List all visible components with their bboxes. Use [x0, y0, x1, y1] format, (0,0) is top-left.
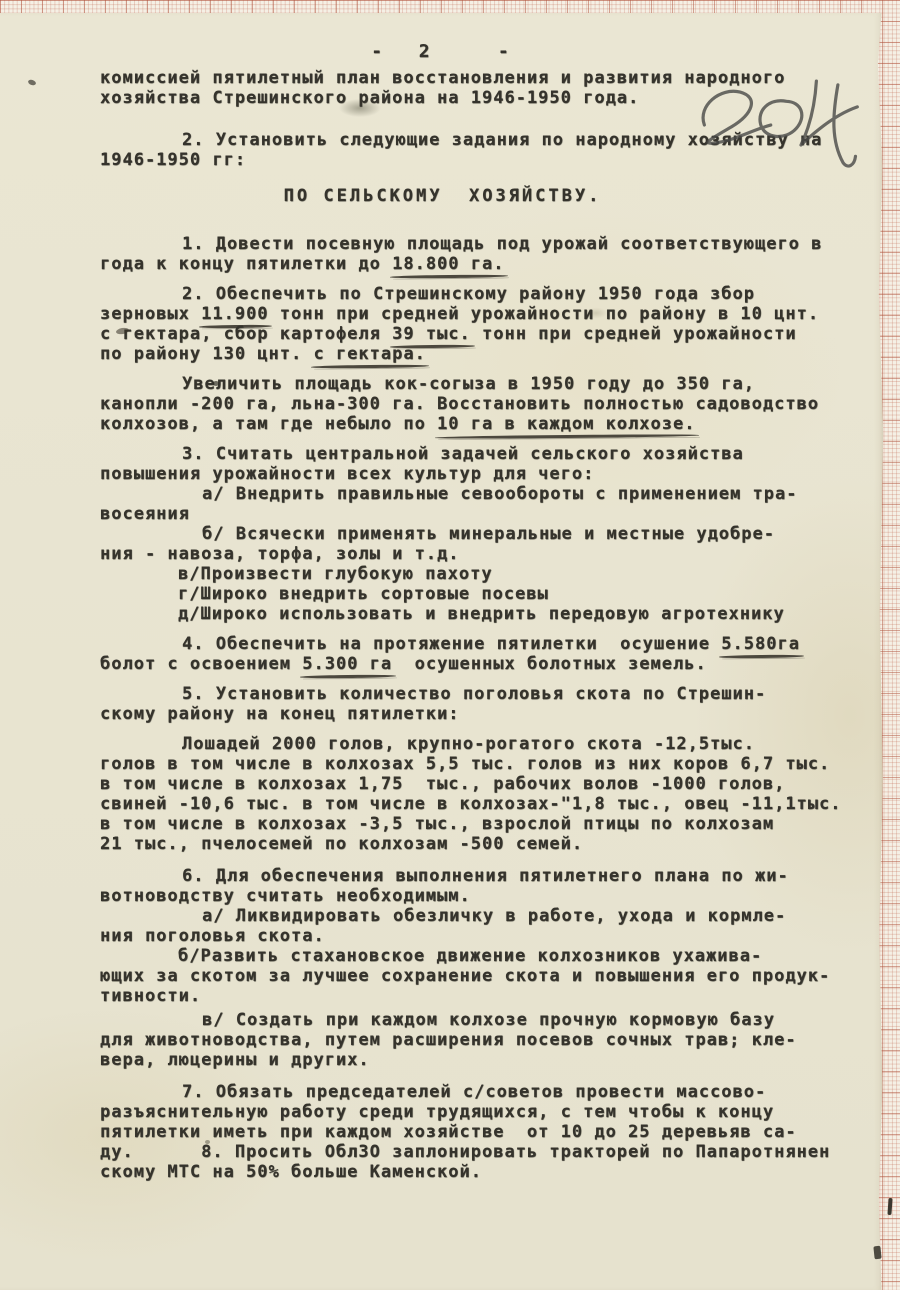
- text-segment: тонн при средней урожайности: [471, 324, 797, 344]
- text-line: в том числе в колхозах -3,5 тыс., взросл…: [0, 814, 885, 834]
- text-segment: повышения урожайности всех культур для ч…: [100, 464, 594, 484]
- text-line: б/ Всячески применять минеральные и мест…: [0, 524, 885, 544]
- text-line: Увеличить площадь кок-согыза в 1950 году…: [0, 374, 885, 394]
- text-segment: Лошадей 2000 голов, крупно-рогатого скот…: [182, 734, 755, 754]
- text-line: скому району на конец пятилетки:: [0, 704, 885, 724]
- text-segment: б/ Всячески применять минеральные и мест…: [202, 524, 775, 544]
- text-segment: канопли -200 га, льна-300 га. Восстанови…: [100, 394, 819, 414]
- text-line: тивности.: [0, 986, 885, 1006]
- text-segment: 4. Обеспечить на протяжение пятилетки ос…: [182, 634, 721, 654]
- text-segment: вера, люцерины и других.: [100, 1050, 370, 1070]
- text-segment: в/Произвести глубокую пахоту: [178, 564, 493, 584]
- text-segment: скому МТС на 50% больше Каменской.: [100, 1162, 482, 1182]
- paper-speck: [205, 1140, 210, 1144]
- document-text: - 2 -комиссией пятилетный план восстанов…: [0, 13, 885, 1182]
- text-segment: зерновых: [100, 304, 201, 324]
- text-segment: 1946-1950 гг:: [100, 150, 246, 170]
- text-line: 1. Довести посевную площадь под урожай с…: [0, 234, 885, 254]
- margin-ink-tick: [887, 1198, 892, 1215]
- text-line: вера, люцерины и других.: [0, 1050, 885, 1070]
- paper-speck: [213, 381, 219, 386]
- text-segment: голов в том числе в колхозах 5,5 тыс. го…: [100, 754, 830, 774]
- text-segment: по району 130 цнт.: [100, 344, 313, 364]
- text-segment: г/Широко внедрить сортовые посевы: [178, 584, 549, 604]
- text-line: для животноводства, путем расширения пос…: [0, 1030, 885, 1050]
- text-line: с гектара, сбор картофеля 39 тыс. тонн п…: [0, 324, 885, 344]
- text-line: Лошадей 2000 голов, крупно-рогатого скот…: [0, 734, 885, 754]
- text-segment: свиней -10,6 тыс. в том числе в колхозах…: [100, 794, 842, 814]
- text-segment: ду. 8. Просить ОблЗО заплонировать тракт…: [100, 1142, 830, 1162]
- handwritten-page-number: [684, 42, 896, 192]
- text-line: а/ Ликвидировать обезличку в работе, ухо…: [0, 906, 885, 926]
- text-segment: года к концу пятилетки до: [100, 254, 392, 274]
- text-segment: ПО СЕЛЬСКОМУ ХОЗЯЙСТВУ.: [284, 186, 602, 206]
- text-segment: скому району на конец пятилетки:: [100, 704, 460, 724]
- text-line: голов в том числе в колхозах 5,5 тыс. го…: [0, 754, 885, 774]
- text-line: ния - навоза, торфа, золы и т.д.: [0, 544, 885, 564]
- text-segment: а/ Внедрить правильные севообороты с при…: [202, 484, 797, 504]
- text-line: 4. Обеспечить на протяжение пятилетки ос…: [0, 634, 885, 654]
- text-segment: 2. Обеспечить по Стрешинскому району 195…: [182, 284, 755, 304]
- text-line: в/ Создать при каждом колхозе прочную ко…: [0, 1010, 885, 1030]
- section-heading: ПО СЕЛЬСКОМУ ХОЗЯЙСТВУ.: [0, 186, 885, 206]
- text-segment: Увеличить площадь кок-согыза в 1950 году…: [182, 374, 755, 394]
- text-segment: 6. Для обеспечения выполнения пятилетнег…: [182, 866, 789, 886]
- corner-ink-blot: [873, 1246, 881, 1260]
- text-line: канопли -200 га, льна-300 га. Восстанови…: [0, 394, 885, 414]
- underlined-text: 11.900: [201, 304, 268, 324]
- underlined-text: 10 га в каждом колхозе.: [437, 414, 695, 434]
- text-line: повышения урожайности всех культур для ч…: [0, 464, 885, 484]
- text-segment: тонн при средней урожайности по району в…: [269, 304, 820, 324]
- text-line: ду. 8. Просить ОблЗО заплонировать тракт…: [0, 1142, 885, 1162]
- text-segment: б/Развить стахановское движение колхозни…: [178, 946, 762, 966]
- text-segment: ния поголовья скота.: [100, 926, 325, 946]
- text-segment: 3. Считать центральной задачей сельского…: [182, 444, 744, 464]
- text-line: 5. Установить количество поголовья скота…: [0, 684, 885, 704]
- text-segment: восеяния: [100, 504, 190, 524]
- text-line: а/ Внедрить правильные севообороты с при…: [0, 484, 885, 504]
- text-line: д/Широко использовать и внедрить передов…: [0, 604, 885, 624]
- text-segment: для животноводства, путем расширения пос…: [100, 1030, 797, 1050]
- text-segment: 1. Довести посевную площадь под урожай с…: [182, 234, 822, 254]
- text-segment: а/ Ликвидировать обезличку в работе, ухо…: [202, 906, 786, 926]
- text-segment: 5. Установить количество поголовья скота…: [182, 684, 766, 704]
- text-segment: ющих за скотом за лучшее сохранение скот…: [100, 966, 830, 986]
- text-line: колхозов, а там где небыло по 10 га в ка…: [0, 414, 885, 434]
- text-line: восеяния: [0, 504, 885, 524]
- text-line: в/Произвести глубокую пахоту: [0, 564, 885, 584]
- screenshot-root: { "page": { "kind": "scanned typewritten…: [0, 0, 900, 1290]
- text-segment: вотноводству считать необходимым.: [100, 886, 471, 906]
- text-line: в том числе в колхозах 1,75 тыс., рабочи…: [0, 774, 885, 794]
- text-line: пятилетки иметь при каждом хозяйстве от …: [0, 1122, 885, 1142]
- text-segment: болот с освоением: [100, 654, 302, 674]
- text-segment: с гектара, сбор картофеля: [100, 324, 392, 344]
- underlined-text: 39 тыс.: [392, 324, 471, 344]
- text-line: ния поголовья скота.: [0, 926, 885, 946]
- text-line: 7. Обязать председателей с/советов прове…: [0, 1082, 885, 1102]
- text-segment: в/ Создать при каждом колхозе прочную ко…: [202, 1010, 775, 1030]
- text-line: 6. Для обеспечения выполнения пятилетнег…: [0, 866, 885, 886]
- text-segment: пятилетки иметь при каждом хозяйстве от …: [100, 1122, 797, 1142]
- text-segment: д/Широко использовать и внедрить передов…: [178, 604, 785, 624]
- text-line: зерновых 11.900 тонн при средней урожайн…: [0, 304, 885, 324]
- text-segment: колхозов, а там где небыло по: [100, 414, 437, 434]
- text-segment: осушенных болотных земель.: [392, 654, 707, 674]
- underlined-text: 5.300 га: [302, 654, 392, 674]
- text-segment: в том числе в колхозах 1,75 тыс., рабочи…: [100, 774, 785, 794]
- text-segment: хозяйства Стрешинского района на 1946-19…: [100, 88, 639, 108]
- underlined-text: 18.800 га.: [392, 254, 504, 274]
- text-line: вотноводству считать необходимым.: [0, 886, 885, 906]
- handwritten-digit-4: [795, 77, 864, 171]
- text-segment: комиссией пятилетный план восстановления…: [100, 68, 785, 88]
- text-line: ющих за скотом за лучшее сохранение скот…: [0, 966, 885, 986]
- text-line: 2. Обеспечить по Стрешинскому району 195…: [0, 284, 885, 304]
- text-segment: в том числе в колхозах -3,5 тыс., взросл…: [100, 814, 774, 834]
- underlined-text: 5.580га: [721, 634, 800, 654]
- handwritten-digit-0: [758, 99, 804, 139]
- text-line: 3. Считать центральной задачей сельского…: [0, 444, 885, 464]
- text-segment: тивности.: [100, 986, 201, 1006]
- text-line: 21 тыс., пчелосемей по колхозам -500 сем…: [0, 834, 885, 854]
- text-line: скому МТС на 50% больше Каменской.: [0, 1162, 885, 1182]
- text-line: свиней -10,6 тыс. в том числе в колхозах…: [0, 794, 885, 814]
- text-segment: ния - навоза, торфа, золы и т.д.: [100, 544, 460, 564]
- text-line: г/Широко внедрить сортовые посевы: [0, 584, 885, 604]
- text-line: года к концу пятилетки до 18.800 га.: [0, 254, 885, 274]
- text-segment: 7. Обязать председателей с/советов прове…: [182, 1082, 766, 1102]
- text-segment: разъяснительную работу среди трудящихся,…: [100, 1102, 774, 1122]
- text-line: б/Развить стахановское движение колхозни…: [0, 946, 885, 966]
- text-segment: - 2 -: [371, 41, 514, 62]
- underlined-text: с гектара.: [313, 344, 425, 364]
- text-segment: 21 тыс., пчелосемей по колхозам -500 сем…: [100, 834, 583, 854]
- text-line: разъяснительную работу среди трудящихся,…: [0, 1102, 885, 1122]
